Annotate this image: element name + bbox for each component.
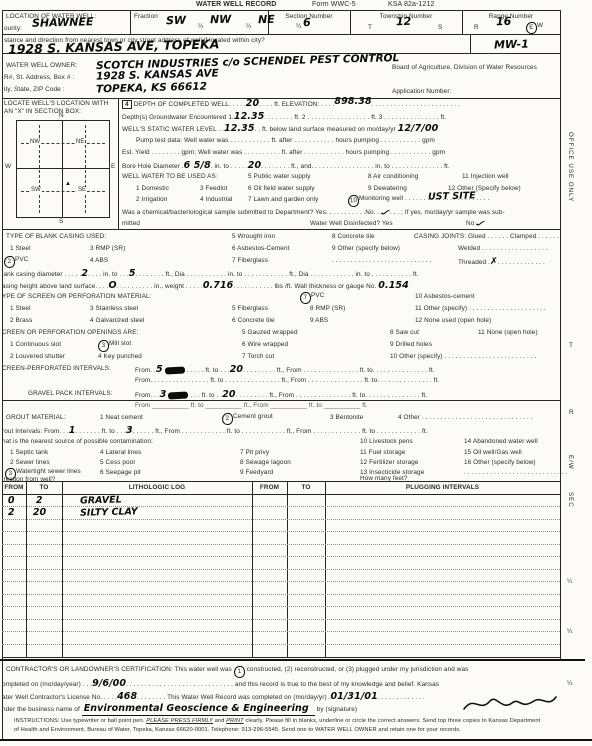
instructions-print: PRINT	[226, 718, 244, 724]
scribble-mark	[164, 366, 184, 374]
casing-diameter-mid: . . . . in. to . . .	[88, 271, 129, 278]
instructions-text-3: clearly. Please fill in blanks, underlin…	[244, 718, 541, 724]
elevation-label: . . . . ft. ELEVATION: . . . .	[259, 101, 334, 108]
instructions-text-2: and	[213, 718, 226, 724]
section-number-value: 6	[303, 17, 311, 28]
table-row-line	[2, 506, 560, 507]
owner-city-value: TOPEKA, KS 66612	[96, 82, 207, 95]
openings-title: CREEN OR PERFORATION OPENINGS ARE:	[2, 329, 138, 336]
table-row-line	[2, 644, 560, 645]
table-row-line	[2, 519, 560, 520]
elevation-value: 898.38	[334, 97, 371, 107]
casing-option-1: 1 Steel	[10, 245, 31, 252]
dots: . . . . . . . . . . . . . . . . . . . . …	[332, 257, 431, 264]
locate-instruction-line1: LOCATE WELL'S LOCATION WITH	[4, 100, 109, 107]
locate-instruction-line2: AN "X" IN SECTION BOX:	[4, 108, 81, 115]
margin-east-west-label: E/W	[566, 455, 573, 470]
use-option-8: 8 Air conditioning	[368, 173, 418, 180]
use-option-7: 7 Lawn and garden only	[248, 196, 318, 203]
use-option-11: 11 Injection well	[462, 173, 509, 180]
cell-divider	[470, 34, 471, 53]
range-r-label: R	[474, 24, 479, 31]
openings-option-3-circled: 3	[97, 340, 109, 353]
water-well-record-scan: WATER WELL RECORD Form WWC-5 KSA 82a-121…	[0, 0, 592, 746]
sample-submitted-suffix: . . . ; If yes, mo/day/yr sample was sub…	[390, 209, 505, 216]
bore-hole-label: Bore Hole Diameter .	[122, 163, 184, 170]
contamination-option-14: 14 Abandoned water well	[464, 438, 538, 445]
dots: . . . . . . ft., From . . . . . . . . . …	[133, 428, 428, 435]
contamination-option-6: 6 Seepage pit	[100, 469, 141, 476]
contamination-title: hat is the nearest source of possible co…	[2, 438, 153, 445]
form-title: WATER WELL RECORD	[196, 1, 276, 9]
contamination-option-11: 11 Fuel storage	[360, 449, 405, 456]
dots: . . . . . . . . . . . . .	[498, 259, 545, 266]
quarter-symbol: ¼	[198, 23, 203, 30]
margin-quarter-label: ¼	[567, 578, 572, 585]
contamination-option-5: 5 Cess pool	[100, 459, 135, 466]
casing-option-2-circled: 2	[3, 256, 15, 269]
sample-submitted-wrap: mitted	[122, 220, 140, 227]
contamination-option-1: 1 Septic tank	[10, 449, 48, 456]
casing-option-7: 7 Fiberglass	[232, 257, 268, 264]
range-east-west: EW	[526, 22, 543, 34]
gravel-mid: . . . ft. to . .	[190, 392, 222, 399]
openings-option-7: 7 Torch cut	[242, 353, 274, 360]
table-header-to2: TO	[287, 484, 325, 491]
fraction-2-value: NW	[210, 14, 232, 26]
gravel-to-value: 20	[222, 389, 235, 400]
screen-option-7-pvc: PVC	[311, 292, 324, 299]
margin-quarter-label: ¼	[567, 628, 572, 635]
township-t-label: T	[368, 24, 372, 31]
openings-option-6: 6 Wire wrapped	[242, 341, 288, 348]
contamination-option-3-label: Watertight sewer lines	[16, 468, 81, 475]
grout-option-1: 1 Neat cement	[100, 414, 143, 421]
left-border	[2, 10, 3, 739]
completed-on-value: 9/6/00	[92, 678, 126, 689]
screen-interval-from-label: From. .	[135, 367, 156, 374]
margin-section-label: SEC	[566, 492, 573, 508]
depth-completed-label: DEPTH OF COMPLETED WELL. . . . .	[134, 101, 246, 108]
groundwater-label: Depth(s) Groundwater Encountered 1.	[122, 114, 234, 121]
cell-divider	[118, 98, 119, 229]
dots: . . . . . . . . . ft., From . . . . . . …	[243, 367, 435, 374]
casing-option-3: 3 RMP (SR)	[90, 245, 125, 252]
openings-option-2: 2 Louvered shutter	[10, 353, 65, 360]
table-bottom-line	[2, 657, 560, 658]
use-option-6: 6 Oil field water supply	[248, 185, 315, 192]
screen-material-title: YPE OF SCREEN OR PERFORATION MATERIAL:	[2, 293, 152, 300]
casing-option-6: 6 Asbestos-Cement	[232, 245, 289, 252]
depth-completed-value: 20	[246, 98, 259, 109]
dots: . . . . . . . . . ft., From . . . . . . …	[236, 392, 428, 399]
contamination-option-15: 15 Oil well/Gas well	[464, 449, 522, 456]
record-completed-label: . . . . . . . . This Water Well Record w…	[137, 694, 330, 701]
table-row-line	[2, 619, 560, 620]
dots: . . . . . . . . . . . . .	[378, 694, 425, 701]
contamination-option-16: 16 Other (specify below)	[464, 459, 536, 466]
use-option-9: 9 Dewatering	[368, 185, 407, 192]
table-header-plugging-intervals: PLUGGING INTERVALS	[325, 484, 560, 491]
right-border	[560, 10, 561, 659]
application-number-label: Application Number:	[392, 88, 451, 95]
openings-option-10: 10 Other (specify) . . . . . . . . . . .…	[390, 353, 536, 360]
quadrant-nw-label: NW	[29, 139, 41, 145]
margin-quarter-label: ¼	[567, 680, 572, 687]
openings-option-1: 1 Continuous slot	[10, 341, 61, 348]
instructions-press-firmly: PLEASE PRESS FIRMLY	[146, 718, 213, 724]
quadrant-se-label: SE	[77, 187, 87, 193]
grout-option-2-label: Cement grout	[233, 413, 273, 420]
county-value: SHAWNEE	[32, 16, 94, 29]
quarter-symbol: ¼	[246, 23, 251, 30]
screen-option-9: 9 ABS	[310, 317, 328, 324]
contamination-option-4: 4 Lateral lines	[100, 449, 141, 456]
compass-s-label: S	[59, 218, 63, 225]
static-level-label: WELL'S STATIC WATER LEVEL . .	[122, 126, 224, 133]
county-label: ounty:	[4, 25, 22, 32]
log-row-to: 20	[33, 508, 46, 518]
grout-option-4: 4 Other . . . . . . . . . . . . . . . . …	[398, 414, 533, 421]
use-option-4: 4 Industrial	[200, 196, 232, 203]
disinfected-no-checkmark: ✓	[472, 220, 490, 229]
use-option-2: 2 Irrigation	[136, 196, 167, 203]
certification-text-3: . . . . . . . . . . . . . . . . . . . . …	[126, 681, 439, 688]
divider	[2, 400, 560, 401]
how-many-feet-label: How many feet?	[360, 475, 408, 482]
quadrant-cross-vertical	[62, 121, 63, 217]
gravel-blank-row: From __________ ft. to __________ ft., F…	[135, 402, 368, 409]
casing-joints-threaded: Threaded .	[458, 259, 490, 266]
monitoring-well-value: UST SITE	[428, 191, 476, 202]
divider	[2, 229, 560, 230]
screen-interval-to-value: 20	[230, 364, 243, 375]
casing-depth-value: 5	[129, 268, 136, 279]
screen-option-11: 11 Other (specify) . . . . . . . . . . .…	[415, 305, 546, 312]
grout-option-2-circled: 2	[221, 413, 233, 426]
casing-joints-welded: Welded . . . . . . . . . . . . . . . . .…	[458, 245, 548, 252]
threaded-x-mark: ✗	[490, 256, 498, 267]
owner-address-label: R#, St. Address, Box # :	[4, 74, 74, 81]
use-option-1: 1 Domestic	[136, 185, 169, 192]
table-row-line	[2, 569, 560, 570]
fraction-label: Fraction	[134, 13, 158, 20]
screen-option-6: 6 Concrete tile	[232, 317, 275, 324]
log-row-from: 0	[8, 496, 15, 506]
openings-option-5: 5 Gauzed wrapped	[242, 329, 298, 336]
contamination-option-10: 10 Livestock pens	[360, 438, 413, 445]
divider	[2, 10, 560, 11]
screen-interval-from-value: 5	[156, 364, 163, 375]
use-option-10-circled: 10	[347, 195, 359, 208]
casing-option-8: 8 Concrete tile	[332, 233, 375, 240]
compass-w-label: W	[5, 163, 11, 170]
instructions-text-4: of Health and Environment, Bureau of Wat…	[14, 727, 461, 733]
range-value: 16	[496, 16, 512, 27]
casing-height-label: asing height above land surface. . . .	[2, 283, 108, 290]
statute-number: KSA 82a-1212	[388, 1, 434, 9]
contamination-option-2: 2 Sewer lines	[10, 459, 50, 466]
license-number-label: ater Well Contractor's License No. . . .…	[2, 694, 117, 701]
by-signature-label: by (signature)	[317, 706, 357, 713]
certification-top-line	[0, 659, 585, 661]
casing-option-4: 4 ABS	[90, 257, 108, 264]
record-completed-date: 01/31/01	[330, 691, 377, 702]
township-s-label: S	[438, 24, 442, 31]
quadrant-ne-label: NE	[75, 139, 85, 145]
page-bottom-line	[0, 739, 592, 741]
openings-option-11: 11 None (open hole)	[478, 329, 538, 336]
dots: . . . . . . . . ft., and. . . . . . . . …	[261, 163, 450, 170]
section-4-number: 4	[122, 100, 132, 109]
certification-text-2: constructed, (2) reconstructed, or (3) p…	[247, 666, 469, 673]
table-header-from2: FROM	[252, 484, 287, 491]
bore-hole-depth-value: 20	[248, 160, 261, 171]
margin-township-label: T	[569, 342, 573, 349]
screen-option-1: 1 Steel	[10, 305, 31, 312]
dots: . . . . . . . . . . . . . . . . . . . . …	[372, 101, 460, 108]
dots: . . . . . . . . . . . . . . . . . . . . …	[464, 469, 567, 476]
grout-from-value: 1	[69, 425, 76, 436]
bore-hole-diameter-value: 6 5/8	[184, 160, 211, 171]
well-id-value: MW-1	[494, 39, 529, 51]
openings-option-9: 9 Drilled holes	[390, 341, 432, 348]
casing-joints-label: CASING JOINTS: Glued . . . . . . Clamped…	[414, 233, 559, 240]
contamination-option-7: 7 Pit privy	[240, 449, 269, 456]
screen-option-8: 8 RMP (SR)	[310, 305, 345, 312]
casing-option-2-pvc: PVC	[15, 256, 28, 263]
business-name-label: nder the business name of	[2, 706, 80, 713]
board-of-agriculture-label: Board of Agriculture, Division of Water …	[392, 64, 537, 71]
casing-height-value: O	[108, 280, 116, 291]
est-yield-line: Est. Yield . . . . . . . . gpm; Well wat…	[122, 149, 445, 156]
well-location-mark: ▲	[65, 181, 71, 187]
section-quadrant-box: NW NE SW SE ▲	[16, 120, 110, 218]
contamination-option-12: 12 Fertilizer storage	[360, 459, 419, 466]
gravel-from-value: 3	[160, 389, 167, 400]
casing-weight-label: . . . . . . . . . . in., weight . . . . …	[117, 283, 203, 290]
screen-interval-mid: . . . . . ft. to . . .	[187, 367, 230, 374]
township-value: 12	[396, 16, 412, 27]
table-row-line	[2, 531, 560, 532]
compass-n-label: N	[59, 112, 64, 119]
grout-to-value: 3	[126, 425, 133, 436]
screen-option-4: 4 Galvanized steel	[90, 317, 144, 324]
screen-intervals-title: CREEN-PERFORATED INTERVALS:	[2, 365, 111, 372]
constructed-1-circled: 1	[233, 666, 245, 679]
openings-option-3-label: Mill slot	[109, 340, 131, 347]
cell-divider	[130, 10, 131, 34]
static-level-date: 12/7/00	[398, 123, 439, 134]
license-number-value: 468	[117, 691, 137, 702]
use-as-title: WELL WATER TO BE USED AS:	[122, 173, 218, 180]
pump-test-line: Pump test data: Well water was . . . . .…	[136, 137, 435, 144]
contamination-option-9: 9 Feedyard	[240, 469, 273, 476]
certification-text-1: CONTRACTOR'S OR LANDOWNER'S CERTIFICATIO…	[6, 666, 232, 673]
casing-option-9: 9 Other (specify below)	[332, 245, 400, 252]
openings-option-8: 8 Saw cut	[390, 329, 419, 336]
casing-option-5: 5 Wrought iron	[232, 233, 275, 240]
table-top-line	[2, 481, 560, 482]
dots: . . . . . . . . ft., Dia . . . . . . . .…	[136, 271, 419, 278]
bore-hole-mid: . in. to . . . . .	[211, 163, 248, 170]
gravel-from-label: From. . .	[135, 392, 160, 399]
table-row-line	[2, 581, 560, 582]
log-row-from: 2	[8, 508, 15, 518]
log-row-description: SILTY CLAY	[80, 507, 138, 518]
openings-option-4: 4 Key punched	[98, 353, 142, 360]
fraction-1-value: SW	[166, 15, 186, 27]
completed-on-label: ompleted on (mo/day/year) . . .	[2, 681, 92, 688]
screen-option-12: 12 None used (open hole)	[415, 317, 491, 324]
grout-intervals-label: rout Intervals: From. . .	[2, 428, 69, 435]
grout-option-3: 3 Bentonite	[330, 414, 363, 421]
table-row-line	[2, 556, 560, 557]
static-level-suffix: . . ft. below land surface measured on m…	[255, 126, 396, 133]
static-level-value: 12.35	[224, 123, 255, 134]
quadrant-sw-label: SW	[30, 187, 42, 193]
margin-range-label: R	[569, 409, 574, 416]
casing-weight-value: 0.716	[203, 280, 234, 291]
business-name-value: Environmental Geoscience & Engineering	[82, 703, 315, 716]
form-number: Form WWC-5	[312, 1, 356, 9]
wall-thickness-value: 0.154	[378, 280, 409, 291]
casing-title: TYPE OF BLANK CASING USED:	[6, 233, 106, 240]
screen-option-10: 10 Asbestos-cement	[415, 293, 475, 300]
dots: . . . . . . . . ft. 2 . . . . . . . . . …	[264, 114, 446, 121]
screen-option-3: 3 Stainless steel	[90, 305, 138, 312]
range-west: W	[537, 22, 543, 29]
gravel-pack-title: GRAVEL PACK INTERVALS:	[28, 390, 113, 397]
scribble-mark	[168, 391, 188, 399]
owner-label: WATER WELL OWNER:	[6, 62, 77, 69]
table-row-line	[2, 544, 560, 545]
screen-option-5: 5 Fiberglass	[232, 305, 268, 312]
sample-submitted-question: Was a chemical/bacteriological sample su…	[122, 209, 383, 216]
grout-title: GROUT MATERIAL:	[6, 414, 66, 421]
use-option-3: 3 Feedlot	[200, 185, 228, 192]
screen-interval-blank-row: From. . . . . . . . . . . . . . . . ft. …	[135, 377, 439, 384]
table-header-to: TO	[26, 484, 62, 491]
log-row-description: GRAVEL	[80, 495, 122, 506]
contamination-option-8: 8 Sewage lagoon	[240, 459, 291, 466]
instructions-text-1: INSTRUCTIONS: Use typewriter or ball poi…	[14, 718, 146, 724]
table-header-from: FROM	[2, 484, 26, 491]
use-option-5: 5 Public water supply	[248, 173, 311, 180]
table-row-line	[2, 594, 560, 595]
table-row-line	[2, 631, 560, 632]
owner-city-label: ity, State, ZIP Code :	[4, 86, 65, 93]
range-east-circled: E	[525, 22, 537, 35]
office-use-only-label: OFFICE USE ONLY	[566, 132, 573, 202]
signature-scribble	[462, 693, 558, 715]
grout-mid: . . . . . . . ft. to . . .	[76, 428, 127, 435]
wall-thickness-label: . . . . . . . . . . . lbs /ft. Wall thic…	[233, 283, 376, 290]
disinfected-question: Water Well Disinfected? Yes	[310, 220, 393, 227]
sample-no-checkmark: ✓	[377, 209, 395, 218]
groundwater-value: 12.35	[234, 111, 265, 122]
compass-e-label: E	[111, 163, 115, 170]
screen-option-7-circled: 7	[299, 292, 311, 305]
casing-diameter-label: lank casing diameter . . . . .	[2, 271, 81, 278]
quarter-symbol: ¼	[296, 23, 301, 30]
quadrant-cross-horizontal	[17, 168, 109, 169]
divider	[2, 34, 560, 35]
direction-from-well-label: irection from well?	[2, 476, 55, 483]
table-header-lithologic-log: LITHOLOGIC LOG	[62, 484, 252, 491]
log-row-to: 2	[36, 496, 43, 506]
screen-option-2: 2 Brass	[10, 317, 32, 324]
table-row-line	[2, 606, 560, 607]
